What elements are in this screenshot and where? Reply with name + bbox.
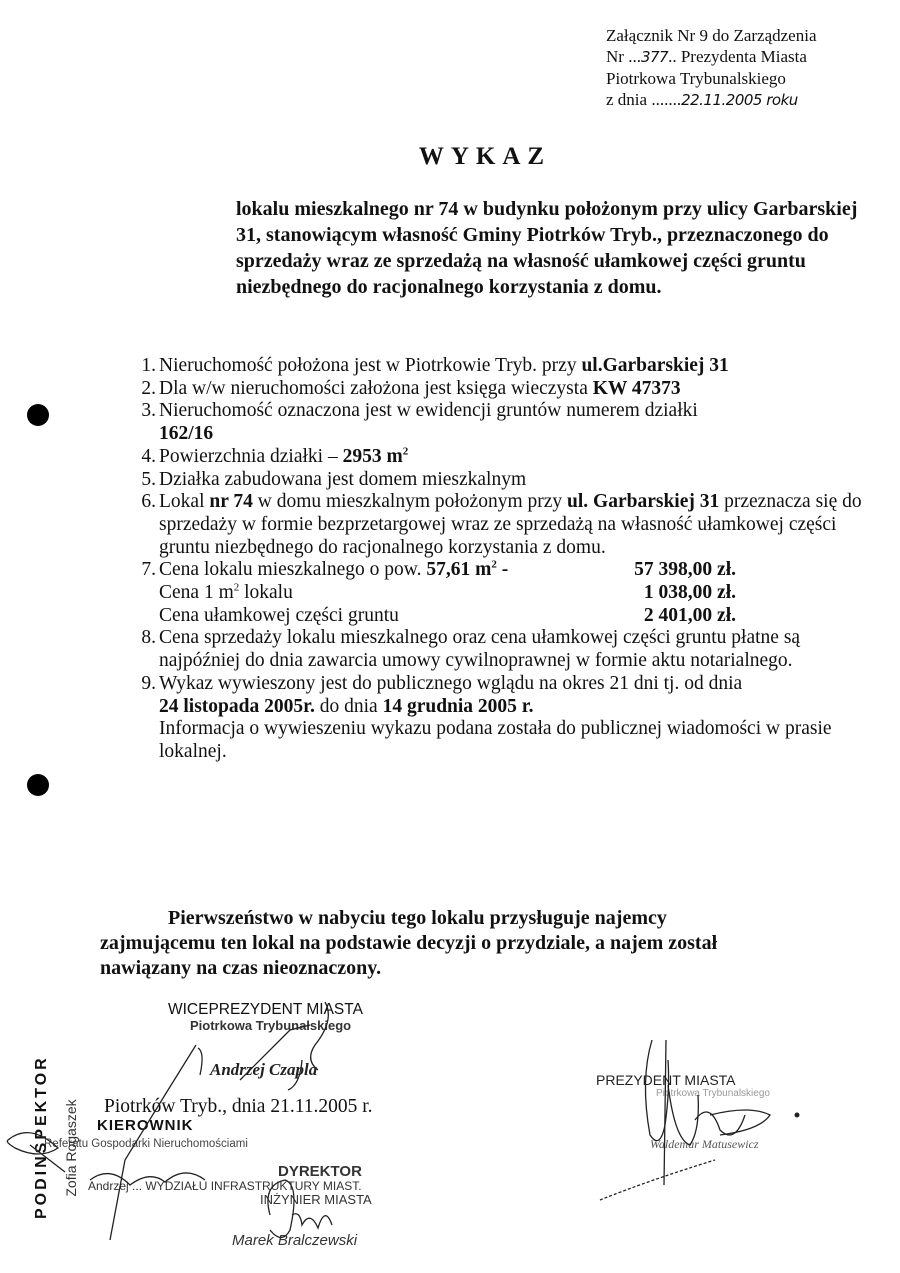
list-item: 8. Cena sprzedaży lokalu mieszkalnego or… <box>128 627 868 672</box>
priority-note: Pierwszeństwo w nabyciu tego lokalu przy… <box>100 906 860 981</box>
podinspektor-stamp: PODINSPEKTOR <box>33 1059 51 1219</box>
director-name: Marek Bralczewski <box>232 1232 357 1249</box>
handwritten-date: 22.11.2005 roku <box>681 91 798 109</box>
vice-president-name: Andrzej Czapla <box>210 1060 317 1080</box>
price-row-apartment: Cena lokalu mieszkalnego o pow. 57,61 m2… <box>159 559 868 582</box>
list-item: 4. Powierzchnia działki – 2953 m2 <box>128 446 868 469</box>
list-item: 3. Nieruchomość oznaczona jest w ewidenc… <box>128 400 868 445</box>
list-item: 5. Działka zabudowana jest domem mieszka… <box>128 469 868 492</box>
podinspektor-name: Zofia Rogaszek <box>63 1093 79 1203</box>
items-list: 1. Nieruchomość położona jest w Piotrkow… <box>128 355 868 764</box>
price-row-land: Cena ułamkowej części gruntu 2 401,00 zł… <box>159 605 868 628</box>
list-item: 9. Wykaz wywieszony jest do publicznego … <box>128 673 868 764</box>
header-line-4: z dnia .......22.11.2005 roku <box>606 89 817 111</box>
apartment-price: 57 398,00 zł. <box>611 559 736 582</box>
vice-president-stamp: WICEPREZYDENT MIASTA Piotrkowa Trybunals… <box>168 1002 363 1034</box>
handwritten-number: 377 <box>641 48 668 66</box>
header-line-1: Załącznik Nr 9 do Zarządzenia <box>606 25 817 46</box>
list-item: 2. Dla w/w nieruchomości założona jest k… <box>128 378 868 401</box>
price-row-per-m2: Cena 1 m2 lokalu 1 038,00 zł. <box>159 582 868 605</box>
header-line-2: Nr ...377.. Prezydenta Miasta <box>606 46 817 68</box>
header-line-3: Piotrkowa Trybunalskiego <box>606 68 817 89</box>
attachment-header: Załącznik Nr 9 do Zarządzenia Nr ...377.… <box>606 25 817 111</box>
list-item: 1. Nieruchomość położona jest w Piotrkow… <box>128 355 868 378</box>
director-stamp: DYREKTOR Andrzej ... WYDZIAŁU INFRASTRUK… <box>88 1165 372 1207</box>
list-item-prices: 7. Cena lokalu mieszkalnego o pow. 57,61… <box>128 559 868 627</box>
president-stamp: PREZYDENT MIASTA Piotrkowa Trybunalskieg… <box>596 1072 770 1099</box>
document-subject: lokalu mieszkalnego nr 74 w budynku poło… <box>236 196 876 300</box>
list-item: 6. Lokal nr 74 w domu mieszkalnym położo… <box>128 491 868 559</box>
land-share-price: 2 401,00 zł. <box>611 605 736 628</box>
price-per-m2: 1 038,00 zł. <box>611 582 736 605</box>
page-title: WYKAZ <box>0 143 900 171</box>
place-date: Piotrków Tryb., dnia 21.11.2005 r. <box>104 1096 373 1118</box>
president-name: Waldemar Matusewicz <box>650 1137 759 1152</box>
punch-hole-mark <box>27 774 49 796</box>
manager-stamp-title: KIEROWNIK <box>97 1117 194 1134</box>
punch-hole-mark <box>27 404 49 426</box>
